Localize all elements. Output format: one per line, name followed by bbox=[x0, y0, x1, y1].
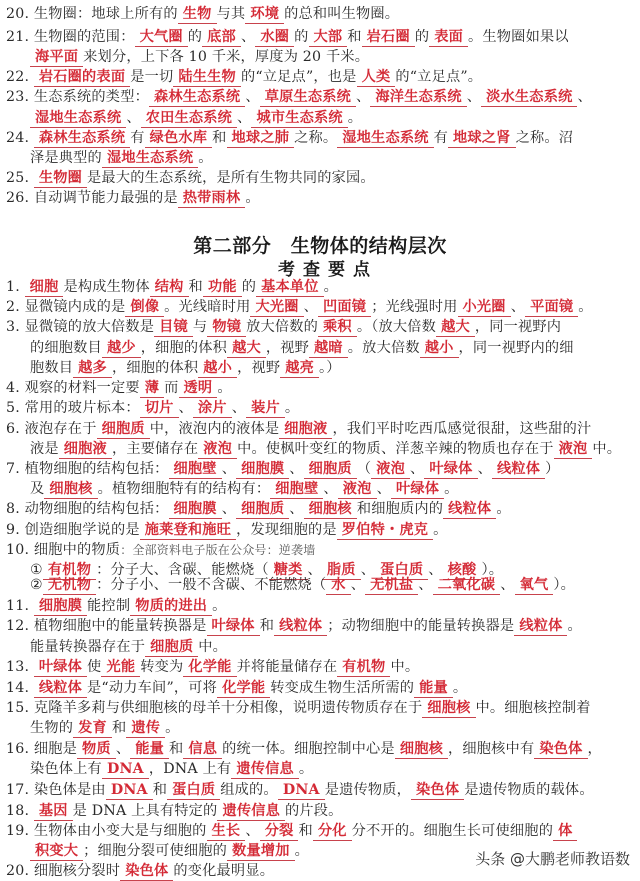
answer-blank: 细胞质 bbox=[304, 461, 357, 479]
static-text: 、 bbox=[116, 741, 130, 757]
static-text: 之称。沼 bbox=[516, 130, 574, 146]
answer-blank: 细胞核 bbox=[395, 741, 448, 759]
static-text: 是一切 bbox=[130, 69, 173, 85]
text-line: 泽是典型的湿地生态系统。 bbox=[30, 148, 213, 168]
answer-blank: 化学能 bbox=[217, 680, 270, 698]
static-text: 来划分，上下各 10 千米，厚度为 20 千米。 bbox=[83, 49, 369, 65]
text-line: 18. 基因是 DNA 上具有特定的遗传信息的片段。 bbox=[6, 801, 343, 821]
static-text: 是遗传物质， bbox=[325, 782, 411, 798]
answer-blank: 信息 bbox=[183, 741, 222, 759]
answer-blank: 细胞壁 bbox=[169, 461, 222, 479]
static-text: 23. 生态系统的类型： bbox=[6, 89, 149, 105]
static-text: ， bbox=[588, 741, 602, 757]
static-text: 15. 克隆羊多莉与供细胞核的母羊十分相像，说明遗传物质存在于 bbox=[6, 700, 422, 716]
answer-blank: 大部 bbox=[309, 29, 348, 47]
answer-blank: 液泡 bbox=[338, 481, 377, 499]
answer-blank: 细胞质 bbox=[145, 639, 198, 657]
static-text: 3. 显微镜的放大倍数是 bbox=[6, 319, 154, 335]
static-text: 。 bbox=[578, 299, 592, 315]
text-line: 积变大；细胞分裂可使细胞的数量增加。 bbox=[30, 841, 309, 861]
static-text: 、 bbox=[126, 110, 140, 126]
static-text: 。 bbox=[567, 618, 581, 634]
static-text: 、 bbox=[289, 501, 303, 517]
answer-blank: 积变大 bbox=[30, 843, 83, 861]
static-text: 的变化最明显。 bbox=[173, 863, 274, 879]
static-text: ，主要储存在 bbox=[112, 441, 198, 457]
answer-blank: 无机盐 bbox=[365, 577, 418, 595]
answer-blank: 细胞膜 bbox=[34, 598, 87, 616]
text-line: 6. 液泡存在于细胞质中，液泡内的液体是细胞液，我们平时吃西瓜感觉很甜，这些甜的… bbox=[6, 419, 591, 439]
text-line: 24. 森林生态系统有绿色水库和地球之肺之称。湿地生态系统有地球之肾之称。沼 bbox=[6, 128, 573, 148]
static-text: 。（放大倍数 bbox=[357, 319, 436, 335]
static-text: 、 bbox=[356, 89, 370, 105]
static-text: 的 bbox=[294, 29, 308, 45]
answer-blank: 能量 bbox=[130, 741, 169, 759]
answer-blank: 化学能 bbox=[183, 659, 236, 677]
static-text: 染色体上有 bbox=[30, 761, 102, 777]
static-text: ，同一视野内 bbox=[475, 319, 561, 335]
answer-blank: DNA bbox=[106, 782, 153, 800]
static-text: 是遗传物质的载体。 bbox=[464, 782, 594, 798]
answer-blank: 蛋白质 bbox=[167, 782, 220, 800]
static-text: 、 bbox=[232, 400, 246, 416]
text-line: 26. 自动调节能力最强的是热带雨林。 bbox=[6, 188, 260, 208]
answer-blank: 越亮 bbox=[280, 360, 319, 378]
answer-blank: 目镜 bbox=[154, 319, 193, 337]
static-text: 1. bbox=[6, 279, 25, 295]
static-text: 是 DNA 上具有特定的 bbox=[73, 803, 218, 819]
static-text: 、 bbox=[304, 299, 318, 315]
text-line: ②无机物：分子小、一般不含碳、不能燃烧（水、无机盐、二氧化碳、氧气）。 bbox=[30, 575, 575, 595]
answer-blank: 罗伯特・虎克 bbox=[337, 522, 433, 540]
static-text: 。 bbox=[212, 598, 226, 614]
answer-blank: 城市生态系统 bbox=[251, 110, 347, 128]
static-text: 。生物圈如果以 bbox=[468, 29, 569, 45]
text-line: 3. 显微镜的放大倍数是目镜与物镜放大倍数的乘积。（放大倍数越大，同一视野内 bbox=[6, 317, 561, 337]
static-text: 和 bbox=[298, 823, 312, 839]
answer-blank: 乘积 bbox=[318, 319, 357, 337]
text-line: 液是细胞液，主要储存在液泡中。使枫叶变红的物质、洋葱辛辣的物质也存在于液泡中。 bbox=[30, 439, 621, 459]
text-line: 1. 细胞是构成生物体结构和功能的基本单位。 bbox=[6, 277, 338, 297]
static-text: 、 bbox=[410, 461, 424, 477]
static-text: 中，液泡内的液体是 bbox=[150, 421, 280, 437]
answer-blank: 生长 bbox=[207, 823, 246, 841]
answer-blank: 分化 bbox=[313, 823, 352, 841]
static-text: 13. bbox=[6, 659, 34, 675]
answer-blank: 液泡 bbox=[198, 441, 237, 459]
static-text: 。 bbox=[453, 680, 467, 696]
text-line: 的细胞数目越少，细胞的体积越大，视野越暗。放大倍数越小，同一视野内的细 bbox=[30, 338, 574, 358]
answer-blank: 光能 bbox=[101, 659, 140, 677]
answer-blank: 淡水生态系统 bbox=[481, 89, 577, 107]
answer-blank: 基本单位 bbox=[256, 279, 324, 297]
static-text: ，我们平时吃西瓜感觉很甜，这些甜的汁 bbox=[332, 421, 591, 437]
static-text: 7. 植物细胞的结构包括： bbox=[6, 461, 169, 477]
static-text: 泽是典型的 bbox=[30, 150, 102, 166]
answer-blank: 透明 bbox=[179, 380, 218, 398]
static-text: 、 bbox=[377, 481, 391, 497]
text-line: 海平面来划分，上下各 10 千米，厚度为 20 千米。 bbox=[30, 47, 369, 67]
answer-blank: 环境 bbox=[245, 6, 284, 24]
static-text: 的片段。 bbox=[285, 803, 343, 819]
static-text: 的细胞数目 bbox=[30, 340, 102, 356]
answer-blank: 草原生态系统 bbox=[260, 89, 356, 107]
answer-blank: 倒像 bbox=[125, 299, 164, 317]
static-text: 5. 常用的玻片标本： bbox=[6, 400, 140, 416]
static-text: 17. 染色体是由 bbox=[6, 782, 106, 798]
static-text: ，细胞核中有 bbox=[448, 741, 534, 757]
text-line: 25. 生物圈是最大的生态系统，是所有生物共同的家园。 bbox=[6, 168, 375, 188]
text-line: 12. 植物细胞中的能量转换器是叶绿体和线粒体；动物细胞中的能量转换器是线粒体。 bbox=[6, 616, 582, 636]
static-text: 19. 生物体由小变大是与细胞的 bbox=[6, 823, 207, 839]
answer-blank: 切片 bbox=[140, 400, 179, 418]
static-text: 转变成生物生活所需的 bbox=[270, 680, 414, 696]
static-text: 、 bbox=[289, 461, 303, 477]
static-text: 20. 生物圈：地球上所有的 bbox=[6, 6, 178, 22]
text-line: 2. 显微镜内成的是倒像。光线暗时用大光圈、凹面镜；光线强时用小光圈、平面镜。 bbox=[6, 297, 593, 317]
answer-blank: 细胞质 bbox=[236, 501, 289, 519]
answer-blank: 物质 bbox=[77, 741, 116, 759]
answer-blank: 越少 bbox=[102, 340, 141, 358]
static-text: 的 bbox=[188, 29, 202, 45]
static-text: ，同一视野内的细 bbox=[459, 340, 574, 356]
answer-blank: 越小 bbox=[420, 340, 459, 358]
static-text: 。 bbox=[295, 843, 309, 859]
answer-blank: 人类 bbox=[357, 69, 396, 87]
static-text: 。植物细胞特有的结构有： bbox=[98, 481, 271, 497]
static-text: 有 bbox=[130, 130, 144, 146]
text-line: 20. 细胞核分裂时染色体的变化最明显。 bbox=[6, 861, 274, 881]
answer-blank: 数量增加 bbox=[227, 843, 295, 861]
answer-blank: 染色体 bbox=[534, 741, 587, 759]
watermark: 头条 @大鹏老师教语数 bbox=[475, 848, 630, 869]
answer-blank: 大气圈 bbox=[135, 29, 188, 47]
static-text: 。） bbox=[319, 360, 341, 376]
answer-blank: 薄 bbox=[140, 380, 164, 398]
answer-blank: 遗传信息 bbox=[217, 803, 285, 821]
static-text: 的统一体。细胞控制中心是 bbox=[222, 741, 395, 757]
static-text: 中。细胞核控制着 bbox=[476, 700, 591, 716]
static-text: 、 bbox=[500, 577, 514, 593]
static-text: 。 bbox=[165, 720, 179, 736]
answer-blank: 细胞 bbox=[25, 279, 64, 297]
static-text: ）。 bbox=[553, 577, 575, 593]
static-text: 。 bbox=[299, 761, 313, 777]
answer-blank: 表面 bbox=[429, 29, 468, 47]
answer-blank: 施莱登和施旺 bbox=[140, 522, 236, 540]
static-text: 。光线暗时用 bbox=[164, 299, 250, 315]
answer-blank: 陆生生物 bbox=[173, 69, 241, 87]
static-text: 放大倍数的 bbox=[246, 319, 318, 335]
text-line: 5. 常用的玻片标本：切片、涂片、装片。 bbox=[6, 398, 299, 418]
answer-blank: 叶绿体 bbox=[424, 461, 477, 479]
static-text: 。 bbox=[245, 190, 259, 206]
text-line: 及细胞核。植物细胞特有的结构有：细胞壁、液泡、叶绿体。 bbox=[30, 479, 459, 499]
text-line: 22. 岩石圈的表面是一切陆生生物的“立足点”，也是人类的“立足点”。 bbox=[6, 67, 482, 87]
answer-blank: 细胞膜 bbox=[169, 501, 222, 519]
answer-blank: 细胞壁 bbox=[270, 481, 323, 499]
text-line: 17. 染色体是由DNA和蛋白质组成的。DNA是遗传物质，染色体是遗传物质的载体… bbox=[6, 780, 594, 800]
answer-blank: 绿色水库 bbox=[145, 130, 213, 148]
static-text: 、 bbox=[351, 577, 365, 593]
text-line: 16. 细胞是物质、能量和信息的统一体。细胞控制中心是细胞核，细胞核中有染色体， bbox=[6, 739, 602, 759]
answer-blank: 底部 bbox=[202, 29, 241, 47]
static-text: 的 bbox=[415, 29, 429, 45]
static-text: 的“立足点”，也是 bbox=[241, 69, 357, 85]
answer-blank: DNA bbox=[278, 782, 325, 800]
text-line: 染色体上有DNA，DNA 上有遗传信息。 bbox=[30, 759, 313, 779]
answer-blank: 发育 bbox=[73, 720, 112, 738]
static-text: 的 bbox=[242, 279, 256, 295]
static-text: 、 bbox=[478, 461, 492, 477]
static-text: 9. 创造细胞学说的是 bbox=[6, 522, 140, 538]
static-text: 。放大倍数 bbox=[348, 340, 420, 356]
answer-blank: 海平面 bbox=[30, 49, 83, 67]
static-text: 之称。 bbox=[294, 130, 337, 146]
static-text: 和 bbox=[169, 741, 183, 757]
static-text: ，细胞的体积 bbox=[141, 340, 227, 356]
static-text: 、 bbox=[577, 89, 591, 105]
answer-blank: 能量 bbox=[414, 680, 453, 698]
answer-blank: 地球之肾 bbox=[448, 130, 516, 148]
static-text: 而 bbox=[164, 380, 178, 396]
answer-blank: 染色体 bbox=[120, 863, 173, 881]
static-text: ，发现细胞的是 bbox=[236, 522, 337, 538]
answer-blank: 湿地生态系统 bbox=[30, 110, 126, 128]
answer-blank: 热带雨林 bbox=[178, 190, 246, 208]
static-text: 有 bbox=[434, 130, 448, 146]
answer-blank: 水圈 bbox=[255, 29, 294, 47]
answer-blank: 细胞核 bbox=[422, 700, 475, 718]
answer-blank: 细胞液 bbox=[59, 441, 112, 459]
answer-blank: 细胞核 bbox=[44, 481, 97, 499]
answer-blank: 大光圈 bbox=[250, 299, 303, 317]
text-line: 湿地生态系统、农田生态系统、城市生态系统。 bbox=[30, 108, 362, 128]
static-text: ② bbox=[30, 577, 43, 593]
static-text: 与 bbox=[193, 319, 207, 335]
static-text: 和 bbox=[347, 29, 361, 45]
static-text: 和 bbox=[260, 618, 274, 634]
answer-blank: 遗传信息 bbox=[231, 761, 299, 779]
answer-blank: 湿地生态系统 bbox=[337, 130, 433, 148]
text-line: 能量转换器存在于细胞质中。 bbox=[30, 637, 227, 657]
static-text: 、 bbox=[179, 400, 193, 416]
answer-blank: 装片 bbox=[246, 400, 285, 418]
static-text: 、 bbox=[511, 299, 525, 315]
answer-blank: 叶绿体 bbox=[34, 659, 87, 677]
static-text: 及 bbox=[30, 481, 44, 497]
static-text: 11. bbox=[6, 598, 34, 614]
answer-blank: 越小 bbox=[198, 360, 237, 378]
static-text: 生物的 bbox=[30, 720, 73, 736]
static-text: 。 bbox=[496, 501, 510, 517]
text-line: 15. 克隆羊多莉与供细胞核的母羊十分相像，说明遗传物质存在于细胞核中。细胞核控… bbox=[6, 698, 591, 718]
static-text: 使 bbox=[87, 659, 101, 675]
answer-blank: 线粒体 bbox=[492, 461, 545, 479]
answer-blank: 森林生态系统 bbox=[34, 130, 130, 148]
text-line: 生物的发育和遗传。 bbox=[30, 718, 180, 738]
answer-blank: 森林生态系统 bbox=[149, 89, 245, 107]
answer-blank: 湿地生态系统 bbox=[102, 150, 198, 168]
static-text: 能量转换器存在于 bbox=[30, 639, 145, 655]
static-text: ，视野 bbox=[237, 360, 280, 376]
answer-blank: 越多 bbox=[73, 360, 112, 378]
answer-blank: 遗传 bbox=[126, 720, 165, 738]
static-text: 、 bbox=[467, 89, 481, 105]
answer-blank: 物质的进出 bbox=[130, 598, 212, 616]
static-text: 6. 液泡存在于 bbox=[6, 421, 97, 437]
static-text: 16. 细胞是 bbox=[6, 741, 77, 757]
answer-blank: 地球之肺 bbox=[227, 130, 295, 148]
answer-blank: 小光圈 bbox=[458, 299, 511, 317]
text-line: 14. 线粒体是“动力车间”，可将化学能转变成生物生活所需的能量。 bbox=[6, 678, 467, 698]
answer-blank: 平面镜 bbox=[525, 299, 578, 317]
answer-blank: 水 bbox=[326, 577, 350, 595]
section-title: 第二部分 生物体的结构层次 bbox=[0, 231, 640, 258]
note-text: ：全部资料电子版在公众号：逆袭墙 bbox=[120, 543, 315, 557]
static-text: ；细胞分裂可使细胞的 bbox=[83, 843, 227, 859]
text-line: 20. 生物圈：地球上所有的生物与其环境的总和叫生物圈。 bbox=[6, 4, 399, 24]
answer-blank: 结构 bbox=[150, 279, 189, 297]
answer-blank: 线粒体 bbox=[34, 680, 87, 698]
answer-blank: 农田生态系统 bbox=[141, 110, 237, 128]
static-text: 。 bbox=[444, 481, 458, 497]
static-text: 和 bbox=[153, 782, 167, 798]
static-text: 中。 bbox=[390, 659, 419, 675]
static-text: 能控制 bbox=[87, 598, 130, 614]
static-text: 21. 生物圈的范围： bbox=[6, 29, 135, 45]
static-text: 、 bbox=[418, 577, 432, 593]
static-text: 14. bbox=[6, 680, 34, 696]
static-text: 中。使枫叶变红的物质、洋葱辛辣的物质也存在于 bbox=[237, 441, 554, 457]
static-text: ；动物细胞中的能量转换器是 bbox=[327, 618, 514, 634]
static-text: 中。 bbox=[198, 639, 227, 655]
answer-blank: 细胞核 bbox=[304, 501, 357, 519]
static-text: 分不开的。细胞生长可使细胞的 bbox=[352, 823, 553, 839]
answer-blank: 功能 bbox=[203, 279, 242, 297]
text-line: 13. 叶绿体使光能转变为化学能并将能量储存在有机物中。 bbox=[6, 657, 419, 677]
static-text: 、 bbox=[241, 29, 255, 45]
static-text: 胞数目 bbox=[30, 360, 73, 376]
answer-blank: 体 bbox=[553, 823, 577, 841]
text-line: 8. 动物细胞的结构包括：细胞膜、细胞质、细胞核和细胞质内的线粒体。 bbox=[6, 499, 511, 519]
answer-blank: 基因 bbox=[34, 803, 73, 821]
static-text: 、 bbox=[323, 481, 337, 497]
answer-blank: 液泡 bbox=[371, 461, 410, 479]
text-line: 胞数目越多，细胞的体积越小，视野越亮。） bbox=[30, 358, 341, 378]
answer-blank: DNA bbox=[102, 761, 149, 779]
static-text: 、 bbox=[222, 461, 236, 477]
answer-blank: 叶绿体 bbox=[207, 618, 260, 636]
static-text: 。 bbox=[198, 150, 212, 166]
text-line: 10. 细胞中的物质：全部资料电子版在公众号：逆袭墙 bbox=[6, 540, 315, 560]
answer-blank: 越暗 bbox=[309, 340, 348, 358]
static-text: 和 bbox=[212, 130, 226, 146]
text-line: 23. 生态系统的类型：森林生态系统、草原生态系统、海洋生态系统、淡水生态系统、 bbox=[6, 87, 592, 107]
answer-blank: 岩石圈 bbox=[362, 29, 415, 47]
answer-blank: 细胞质 bbox=[97, 421, 150, 439]
text-line: 11. 细胞膜能控制物质的进出。 bbox=[6, 596, 227, 616]
static-text: 20. 细胞核分裂时 bbox=[6, 863, 120, 879]
static-text: 24. bbox=[6, 130, 34, 146]
answer-blank: 越大 bbox=[227, 340, 266, 358]
static-text: 25. bbox=[6, 170, 34, 186]
static-text: 、 bbox=[237, 110, 251, 126]
static-text: 液是 bbox=[30, 441, 59, 457]
static-text: 中。 bbox=[592, 441, 621, 457]
static-text: 22. bbox=[6, 69, 34, 85]
static-text: 26. 自动调节能力最强的是 bbox=[6, 190, 178, 206]
static-text: 并将能量储存在 bbox=[237, 659, 338, 675]
answer-blank: 生物圈 bbox=[34, 170, 87, 188]
answer-blank: 叶绿体 bbox=[391, 481, 444, 499]
text-line: 19. 生物体由小变大是与细胞的生长、分裂和分化分不开的。细胞生长可使细胞的体 bbox=[6, 821, 577, 841]
static-text: ，视野 bbox=[266, 340, 309, 356]
static-text: ） bbox=[545, 461, 559, 477]
answer-blank: 液泡 bbox=[554, 441, 593, 459]
static-text: 和细胞质内的 bbox=[357, 501, 443, 517]
answer-blank: 线粒体 bbox=[443, 501, 496, 519]
static-text: 12. 植物细胞中的能量转换器是 bbox=[6, 618, 207, 634]
static-text: 。 bbox=[433, 522, 447, 538]
answer-blank: 涂片 bbox=[193, 400, 232, 418]
text-line: 4. 观察的材料一定要薄而透明。 bbox=[6, 378, 232, 398]
static-text: ；光线强时用 bbox=[371, 299, 457, 315]
text-line: 21. 生物圈的范围：大气圈的底部、水圈的大部和岩石圈的表面。生物圈如果以 bbox=[6, 27, 569, 47]
static-text: 2. 显微镜内成的是 bbox=[6, 299, 125, 315]
text-line: 7. 植物细胞的结构包括：细胞壁、细胞膜、细胞质（液泡、叶绿体、线粒体） bbox=[6, 459, 560, 479]
document-page: 第二部分 生物体的结构层次 考查要点 20. 生物圈：地球上所有的生物与其环境的… bbox=[0, 0, 640, 881]
answer-blank: 岩石圈的表面 bbox=[34, 69, 130, 87]
static-text: 转变为 bbox=[140, 659, 183, 675]
static-text: ，DNA 上有 bbox=[149, 761, 232, 777]
static-text: 是最大的生态系统，是所有生物共同的家园。 bbox=[87, 170, 375, 186]
static-text: 。 bbox=[348, 110, 362, 126]
static-text: 4. 观察的材料一定要 bbox=[6, 380, 140, 396]
static-text: 的总和叫生物圈。 bbox=[284, 6, 399, 22]
answer-blank: 生物 bbox=[178, 6, 217, 24]
answer-blank: 线粒体 bbox=[274, 618, 327, 636]
answer-blank: 氧气 bbox=[515, 577, 554, 595]
answer-blank: 细胞液 bbox=[279, 421, 332, 439]
text-line: 9. 创造细胞学说的是施莱登和施旺，发现细胞的是罗伯特・虎克。 bbox=[6, 520, 448, 540]
static-text: 是“动力车间”，可将 bbox=[87, 680, 217, 696]
static-text: 、 bbox=[222, 501, 236, 517]
static-text: 和 bbox=[189, 279, 203, 295]
answer-blank: 细胞膜 bbox=[236, 461, 289, 479]
static-text: 与其 bbox=[217, 6, 246, 22]
answer-blank: 无机物 bbox=[43, 577, 96, 595]
answer-blank: 有机物 bbox=[337, 659, 390, 677]
static-text: 8. 动物细胞的结构包括： bbox=[6, 501, 169, 517]
answer-blank: 越大 bbox=[436, 319, 475, 337]
answer-blank: 染色体 bbox=[411, 782, 464, 800]
answer-blank: 物镜 bbox=[207, 319, 246, 337]
static-text: 是构成生物体 bbox=[63, 279, 149, 295]
answer-blank: 二氧化碳 bbox=[433, 577, 501, 595]
static-text: 。 bbox=[217, 380, 231, 396]
static-text: 的“立足点”。 bbox=[395, 69, 482, 85]
static-text: 。 bbox=[324, 279, 338, 295]
static-text: （ bbox=[357, 461, 371, 477]
answer-blank: 凹面镜 bbox=[318, 299, 371, 317]
static-text: ，细胞的体积 bbox=[112, 360, 198, 376]
static-text: 18. bbox=[6, 803, 34, 819]
answer-blank: 分裂 bbox=[260, 823, 299, 841]
answer-blank: 线粒体 bbox=[514, 618, 567, 636]
static-text: 和 bbox=[112, 720, 126, 736]
static-text: 。 bbox=[285, 400, 299, 416]
